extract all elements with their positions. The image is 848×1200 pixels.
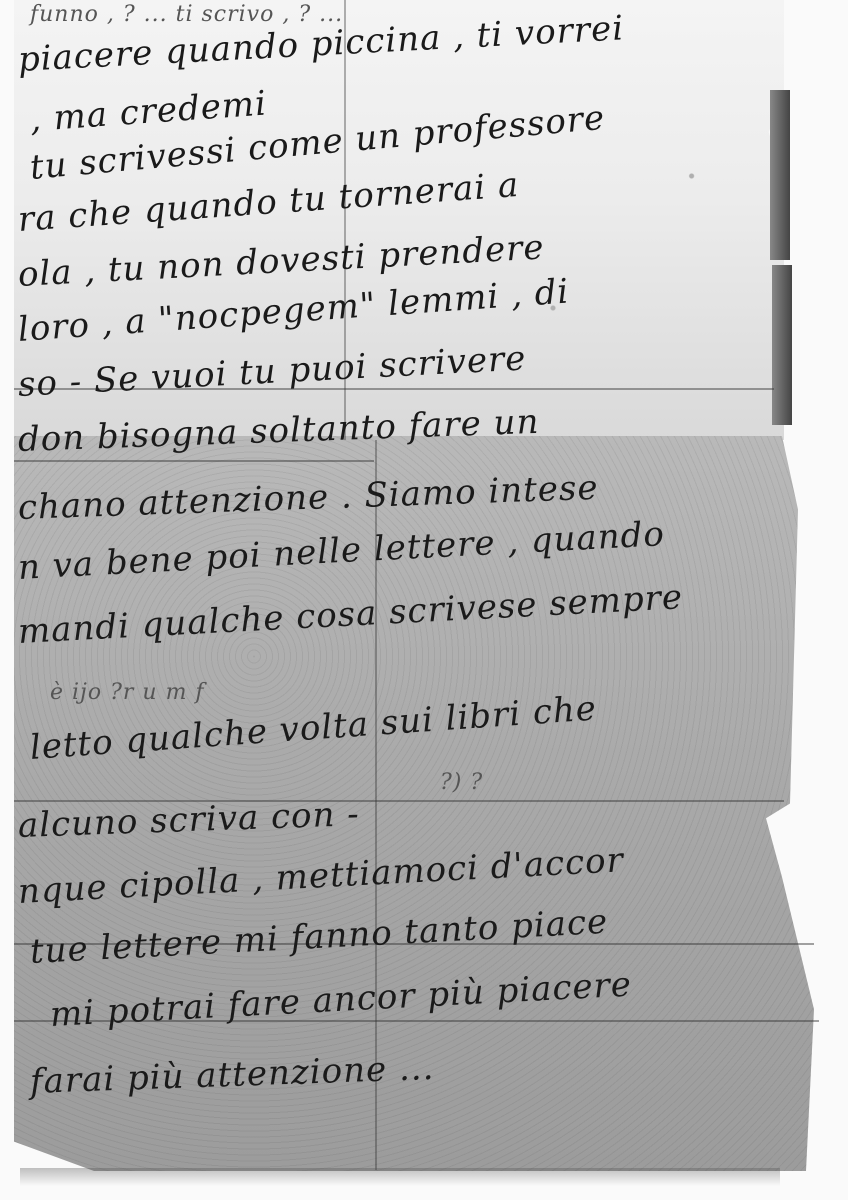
fold-crease-horizontal	[14, 460, 374, 462]
torn-edge	[770, 90, 790, 260]
page-bottom-shadow	[20, 1168, 780, 1186]
torn-edge	[772, 265, 792, 425]
handwritten-line: funno , ? ... ti scrivo , ? ...	[30, 2, 343, 27]
handwritten-line: è ijo ?r u m f	[50, 680, 205, 705]
scanned-letter-page: funno , ? ... ti scrivo , ? ... piacere …	[0, 0, 848, 1200]
handwritten-line: ?) ?	[440, 770, 483, 795]
